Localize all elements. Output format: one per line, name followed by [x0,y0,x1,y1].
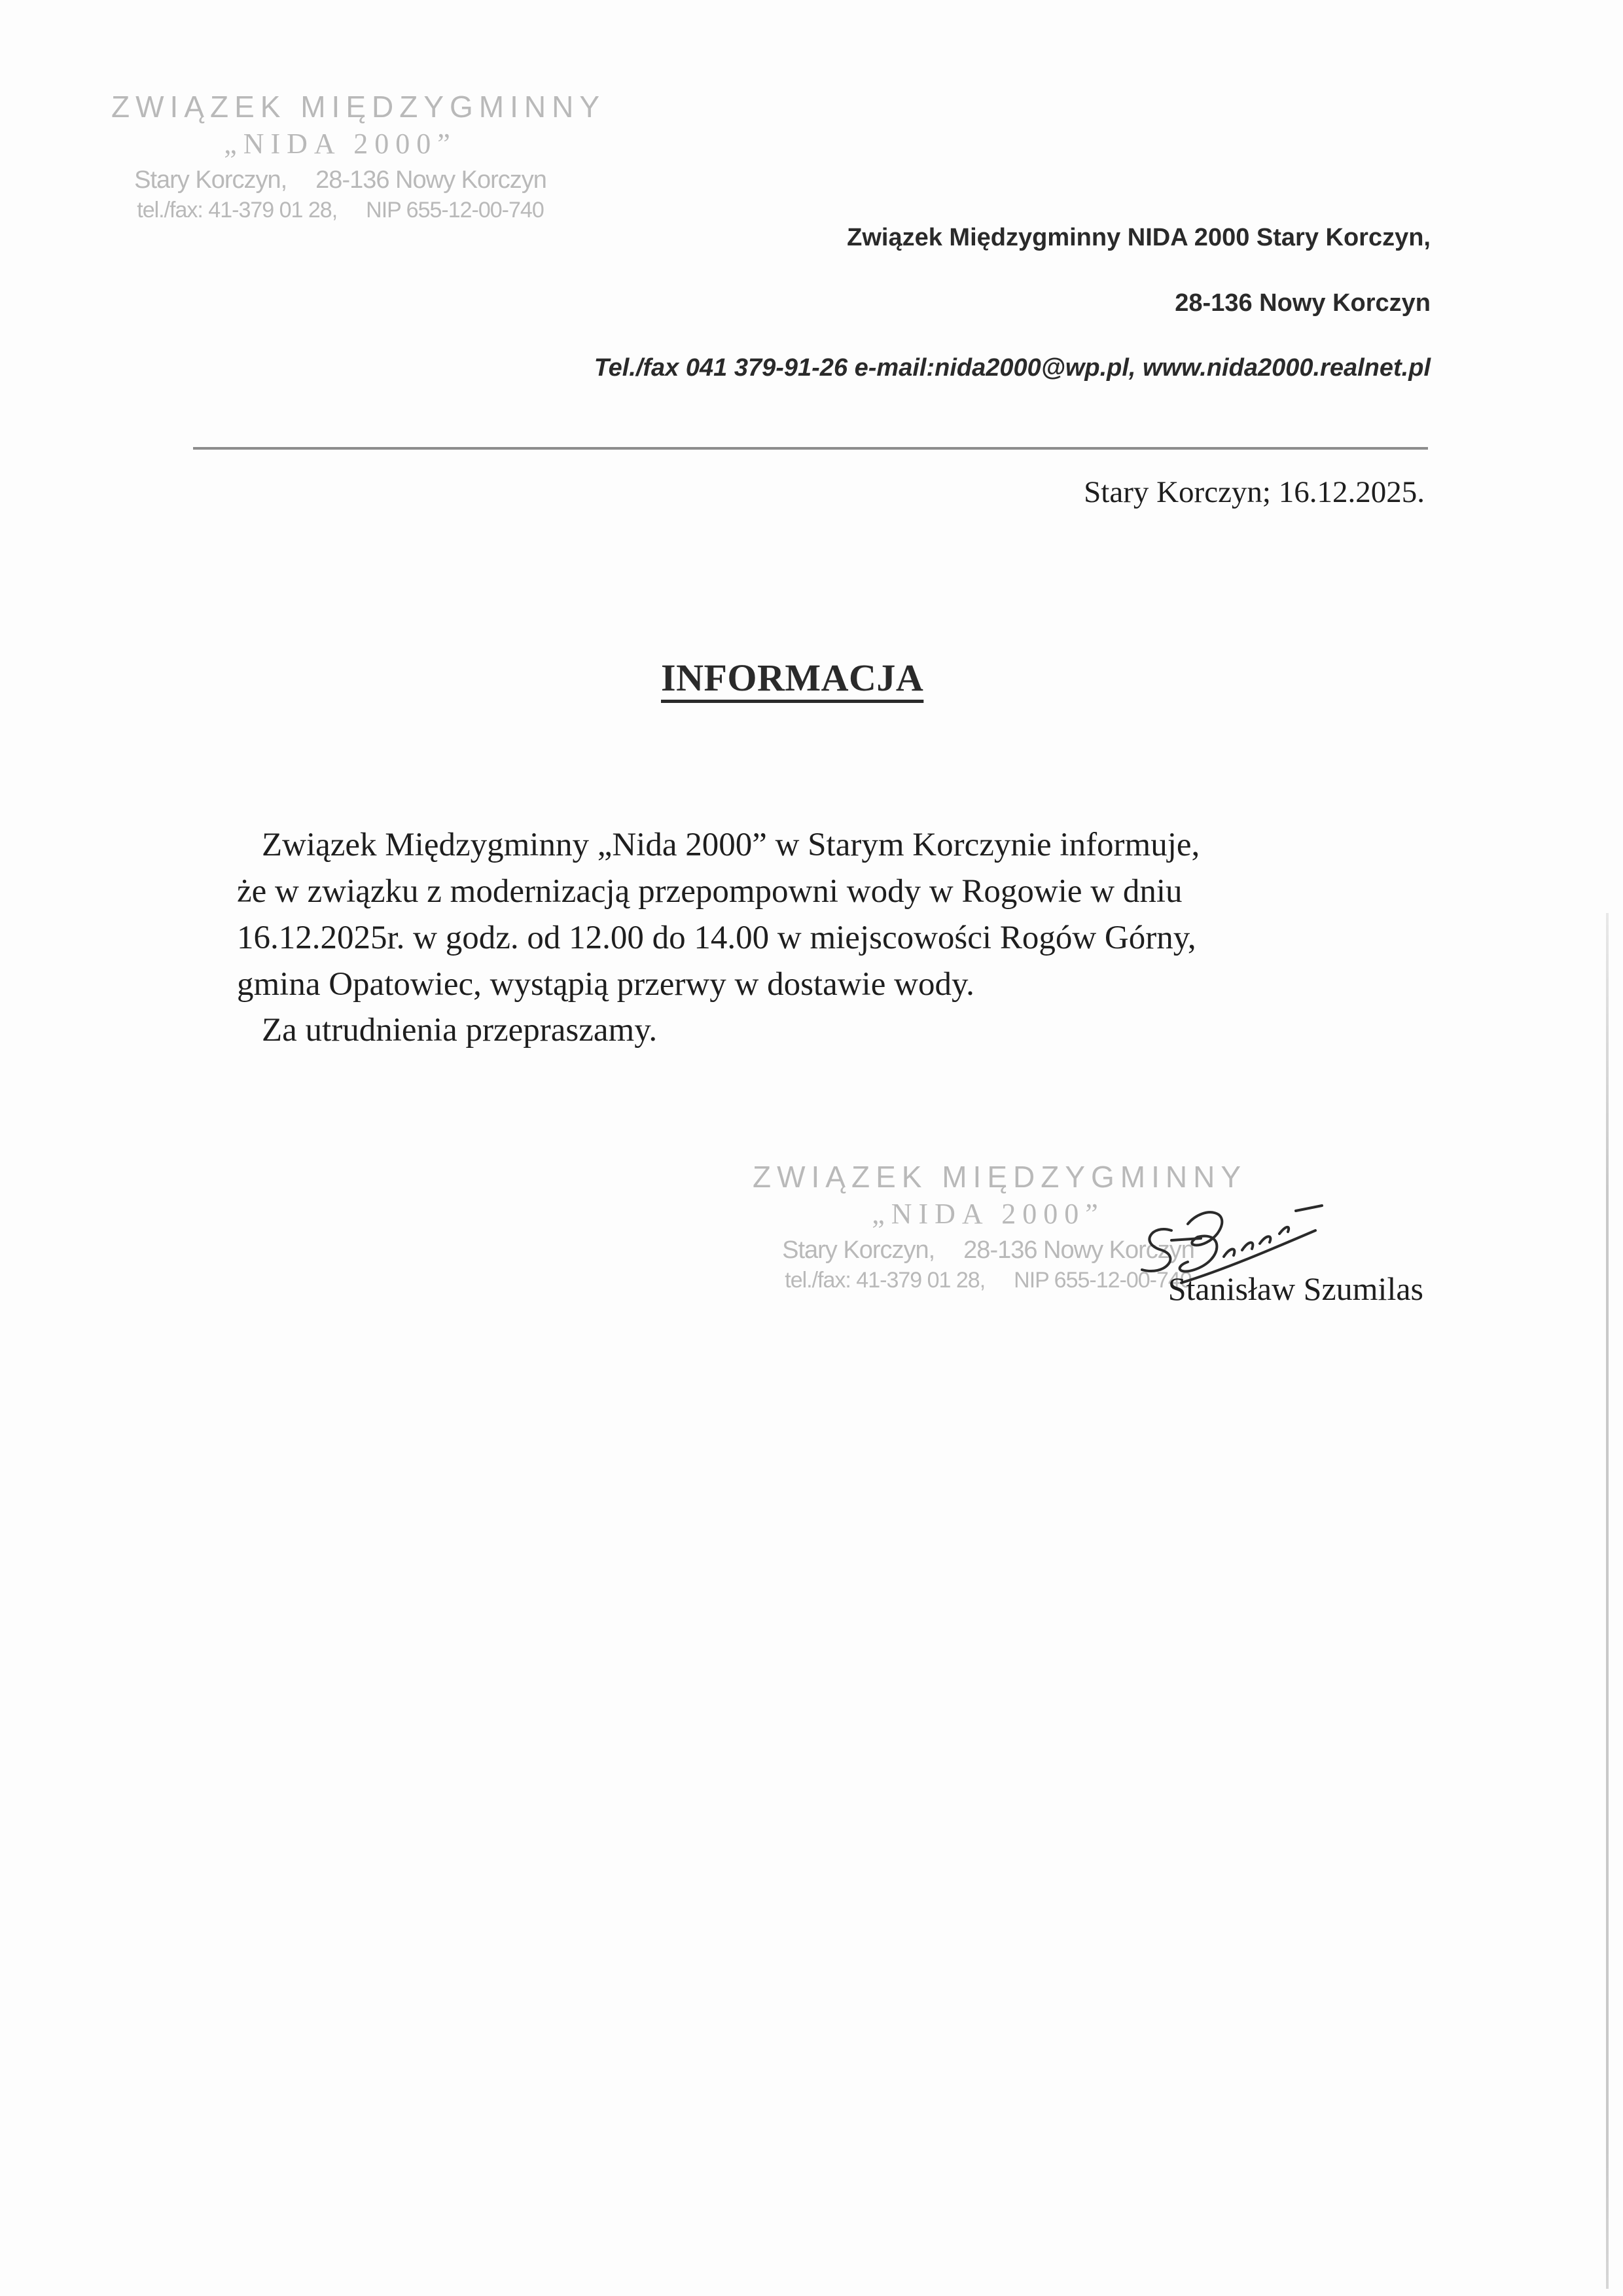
body-line: Związek Międzygminny „Nida 2000” w Stary… [262,826,1200,864]
stamp-address: Stary Korczyn,28-136 Nowy Korczyn [111,168,569,192]
letterhead-address: 28-136 Nowy Korczyn [1175,289,1431,317]
stamp-org-name: ZWIĄZEK MIĘDZYGMINNY [111,92,569,122]
stamp-org-short: „NIDA 2000” [111,130,569,158]
place-date: Stary Korczyn; 16.12.2025. [1084,475,1425,510]
letterhead-contact: Tel./fax 041 379-91-26 e-mail:nida2000@w… [594,354,1431,382]
body-line: 16.12.2025r. w godz. od 12.00 do 14.00 w… [237,919,1196,957]
stamp-contact: tel./fax: 41-379 01 28,NIP 655-12-00-740 [111,199,569,221]
scan-edge-line [1606,913,1609,2289]
body-line: Za utrudnienia przepraszamy. [262,1011,657,1049]
document-title: INFORMACJA [661,656,923,700]
body-line: gmina Opatowiec, wystąpią przerwy w dost… [237,965,974,1003]
header-stamp: ZWIĄZEK MIĘDZYGMINNY „NIDA 2000” Stary K… [111,92,569,221]
letterhead-org: Związek Międzygminny NIDA 2000 Stary Kor… [847,224,1431,252]
letterhead-divider [193,447,1428,450]
signatory-name: Stanisław Szumilas [1168,1270,1423,1308]
body-line: że w związku z modernizacją przepompowni… [237,872,1183,910]
